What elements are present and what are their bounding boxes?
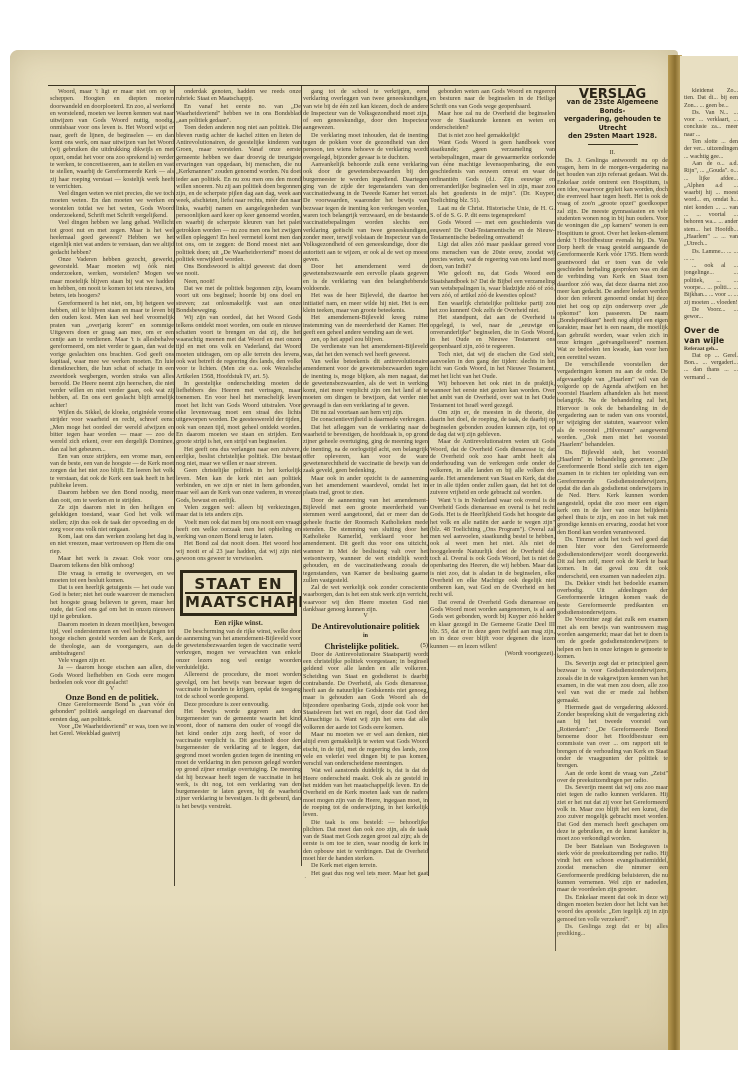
column-divider (428, 86, 429, 876)
column-divider (555, 86, 556, 951)
column-5: VERSLAG van de 23ste Algemeene Bonds- ve… (557, 88, 668, 988)
paragraph: Ten slotte ... den der ver... uitzending… (684, 139, 738, 161)
paragraph: Ligt dat alles zóó maar pasklaar gereed … (430, 241, 555, 270)
paragraph: De verschillende voorstellen der vergade… (557, 361, 668, 449)
paragraph: In geestelijke onderscheiding moeten de … (176, 380, 301, 446)
paragraph: Dat overal de Overheid Gods dienaresse e… (430, 599, 555, 650)
paragraph: De Kerk met eigen terrein. (303, 862, 428, 869)
paragraph: Hiermede gaat de vergadering akkoord. Zo… (557, 704, 668, 770)
continued-note: (Wordt voortgezet). (430, 650, 555, 657)
paragraph: Die vraag is ernstig te overwegen, en we… (50, 570, 174, 585)
paragraph: Zal de wet werkelijk ook zonder conscien… (303, 584, 428, 613)
paragraph: Ons Bondswoord is altijd geweest: dat do… (176, 263, 301, 278)
paragraph: Allereerst de procedure, die moet worden… (176, 671, 301, 700)
paragraph: Dat is niet zoo heel gemakkelijk! (430, 132, 555, 139)
paragraph: Een waarlijk christelijke politieke part… (430, 300, 555, 315)
paragraph: En vanaf het eerste no. van „De Waarheid… (176, 103, 301, 125)
paragraph: Wij zijn van oordeel, dat het Woord Gods… (176, 314, 301, 380)
paragraph: De conscientievrijheid is daarmede verkr… (303, 416, 428, 423)
paragraph: De bescherming van de rijke winst, welke… (176, 628, 301, 672)
paragraph: Ds. Dekker vindt het bedoelde examen ove… (557, 580, 668, 616)
paragraph: Toen deden anderen nog niet aan politiek… (176, 124, 301, 263)
paragraph: Het was de heer Bijleveld, die daartoe h… (303, 292, 428, 314)
paragraph: Aanvankelijk behoorde zulk eene verklari… (303, 161, 428, 263)
paragraph: Dit nu zal voortaan aan hem vrij zijn. (303, 409, 428, 416)
section-subtitle: Een rijke winst. (176, 620, 301, 627)
paragraph: Want 't is in Nederland waar ook overal … (430, 497, 555, 599)
paragraph: Wij behoeven het ook niet in de praktijk… (430, 380, 555, 409)
column-6-next-page: kleidenst Zo... tien. Dat di... bij een … (684, 88, 738, 988)
top-rule (48, 85, 636, 86)
paragraph: Ze zijn daarom niet in den heiligen en g… (50, 504, 174, 533)
paragraph: Om zijn er, de meesten in de theorie, di… (430, 409, 555, 438)
paragraph: Dat is een heerlijk getuigenis — het oud… (50, 584, 174, 620)
column-4: gebonden weten aan Gods Woord en regeere… (430, 88, 555, 888)
paragraph: Wijlen ds. Sikkel, de kloeke, originéele… (50, 409, 174, 453)
section-number: II. (557, 149, 668, 156)
paragraph: Onze Gereformeerde Bond is „van vóór én … (50, 701, 174, 723)
paragraph: Gereformeerd is het niet, om, bij hetgee… (50, 300, 174, 409)
paragraph: Het gaat dus nog wel iets meer. Maar het… (303, 870, 428, 878)
paragraph: Dat we met de politiek begonnen zijn, kw… (176, 285, 301, 314)
column-divider (301, 86, 302, 866)
article-number: (5) (420, 641, 428, 651)
paragraph: kleidenst Zo... tien. Dat di... bij een … (684, 88, 738, 110)
section-marker: V (303, 613, 428, 620)
paragraph: Onze Vaderen hebben gezocht, gewerkt, ge… (50, 256, 174, 300)
paragraph: onderdak genoten, hadden we reeds onze r… (176, 88, 301, 103)
report-subtitle-line: den 29sten Maart 1928. (557, 132, 668, 140)
paragraph: Vele vragen zijn er. (50, 657, 174, 664)
paragraph: Door de Antirevolutionaire Staatspartij … (303, 651, 428, 731)
article-title-line: Christelijke politiek. (324, 641, 399, 651)
paragraph: Ds. Severijn zegt dat er principieel gee… (557, 660, 668, 704)
paragraph: Laat nu de Christ. Historische Unie, de … (430, 205, 555, 220)
article-title-line: Over de (684, 326, 738, 336)
report-title: VERSLAG (557, 91, 668, 98)
article-subtitle: Referaat geh... (684, 346, 738, 353)
article-title: Onze Bond en de politiek. (50, 694, 174, 701)
paragraph: Geen christelijke politiek in het kerkel… (176, 467, 301, 503)
report-subtitle-line: van de 23ste Algemeene Bonds- (557, 98, 668, 115)
article-title-line: van wijle (684, 336, 738, 346)
paragraph: Maar het werk is zwaar. Ook voor ons. Da… (50, 555, 174, 570)
article-title-line: De Antirevolutionaire politiek (311, 621, 419, 631)
paragraph: Want Gods Woord is geen handboek voor st… (430, 139, 555, 205)
paragraph: Gods Woord — met een geschiedenis van ee… (430, 219, 555, 241)
paragraph: Voor „De Waarheidsvriend" er was, toen w… (50, 723, 174, 738)
paragraph: Door het amendement werd de gewetensbezw… (303, 263, 428, 292)
article-title-connector: in (303, 631, 428, 641)
column-1: Woord, maar 't ligt er maar niet om op t… (50, 88, 174, 888)
paragraph: zen, op het appel zou blijven. (303, 336, 428, 343)
paragraph: De beer Batelaan van Bodegraven is sterk… (557, 843, 668, 894)
paragraph: Het amendement-Bijleveld kreeg ruime ins… (303, 314, 428, 336)
paragraph: Dat op ... Gerel. Bon... ... vergaderi..… (684, 353, 738, 382)
paragraph: Ds. Timmer acht het toch wel goed dat me… (557, 536, 668, 580)
paragraph: Wie gelooft nu, dat Gods Woord een Staat… (430, 270, 555, 299)
paragraph: Die taak is ons besteld: — behoorlijke p… (303, 819, 428, 863)
staat-en-maatschappij-banner: STAAT EN MAATSCHAPPIJ (180, 570, 297, 616)
paragraph: Het bewijs worde gegeven aan den burgeme… (176, 708, 301, 810)
banner-line: MAATSCHAPPIJ (185, 594, 292, 610)
paragraph: Door de aanneming van het amendement-Bij… (303, 497, 428, 585)
paragraph: Kom, laat ons dan werken zoolang het dag… (50, 533, 174, 555)
paragraph: Maar nu moeten we er wel aan denken, nie… (303, 731, 428, 767)
paragraph: Het standpunt, dat aan de Overheid is op… (430, 314, 555, 350)
page-bottom-shading (10, 900, 668, 1050)
paragraph: Maar ook in ander opzicht is de aannemin… (303, 475, 428, 497)
column-divider (174, 86, 175, 886)
paragraph: De verdienste van het amendement-Bijleve… (303, 343, 428, 358)
column-3: gang tot de school te verkrijgen, eene v… (303, 88, 428, 878)
paragraph: gebonden weten aan Gods Woord en regeere… (430, 88, 555, 110)
title-rule (588, 144, 638, 145)
paragraph: Wat wel aanstonds duidelijk is, dat is d… (303, 767, 428, 818)
paragraph: De verklaring moet inhouden, dat de inen… (303, 132, 428, 161)
paragraph: Ds. Lamme... ... ... ... ... (684, 249, 738, 264)
paragraph: Aan de o... a.d. Rijn", ... „Gouda". o..… (684, 161, 738, 249)
paragraph: Ds. Severijn meent dat wij ons zoo maar … (557, 784, 668, 842)
paragraph: Woord, maar 't ligt er maar niet om op t… (50, 88, 174, 190)
paragraph: Van welke beteekenis dit antirevolutiona… (303, 358, 428, 409)
report-subtitle-line: vergadering, gehouden te Utrecht (557, 115, 668, 132)
paragraph: Deze procedure is zeer eenvoudig. (176, 701, 301, 708)
paragraph: gang tot de school te verkrijgen, eene v… (303, 88, 428, 132)
paragraph: De Voorzitter zegt dat zulk een examen m… (557, 616, 668, 660)
paragraph: Toch niet, dat wij de eischen die God st… (430, 351, 555, 380)
paragraph: Ja — daarom hooge eischen aan allen, die… (50, 664, 174, 686)
paragraph: Ds. J. Geslinga antwoordt nu op de vrage… (557, 157, 668, 361)
paragraph: Daarom hebben we den Bond noodig, meer d… (50, 489, 174, 504)
paragraph: Dat het afleggen van de verklaring naar … (303, 424, 428, 475)
paragraph: Voelt men ook dat men bij ons nooit een … (176, 519, 301, 541)
paragraph: Een van onze strijders, een vrome man, e… (50, 453, 174, 489)
column-2: onderdak genoten, hadden we reeds onze r… (176, 88, 301, 868)
paragraph: Daarom moeten in dezen moeilijken, bewog… (50, 621, 174, 657)
paragraph: Velen zeggen wel: alleen bij verkiezinge… (176, 504, 301, 519)
paragraph: Veel dingen weten we niet precies, die w… (50, 190, 174, 219)
paragraph: Het geeft ons dus verlangen naar een zui… (176, 446, 301, 468)
paragraph: ... ook al ... jongelinge... ... politie… (684, 263, 738, 307)
paragraph: Neen, nooit! (176, 278, 301, 285)
article-title: De Antirevolutionaire politiek in Christ… (303, 621, 428, 651)
paragraph: Het Bond zal dat nooit doen. Het woord h… (176, 540, 301, 562)
paragraph: De Voorz... ... gewor... (684, 307, 738, 322)
paragraph: Aan de orde komt de vraag van „Zeist" ov… (557, 770, 668, 785)
paragraph: Maar de Antirevolutionairen weten uit Go… (430, 438, 555, 496)
paragraph: Veel dingen hebben we lang gehad. Wellic… (50, 219, 174, 255)
paragraph: Ds. Bijleveld stelt, het voorstel „Haarl… (557, 449, 668, 537)
banner-line: STAAT EN (185, 576, 292, 594)
paragraph: Maar hoe zal nu de Overheid die beginsel… (430, 110, 555, 132)
paragraph: Ds. Van N... ... voor ... verklaart, ...… (684, 110, 738, 139)
